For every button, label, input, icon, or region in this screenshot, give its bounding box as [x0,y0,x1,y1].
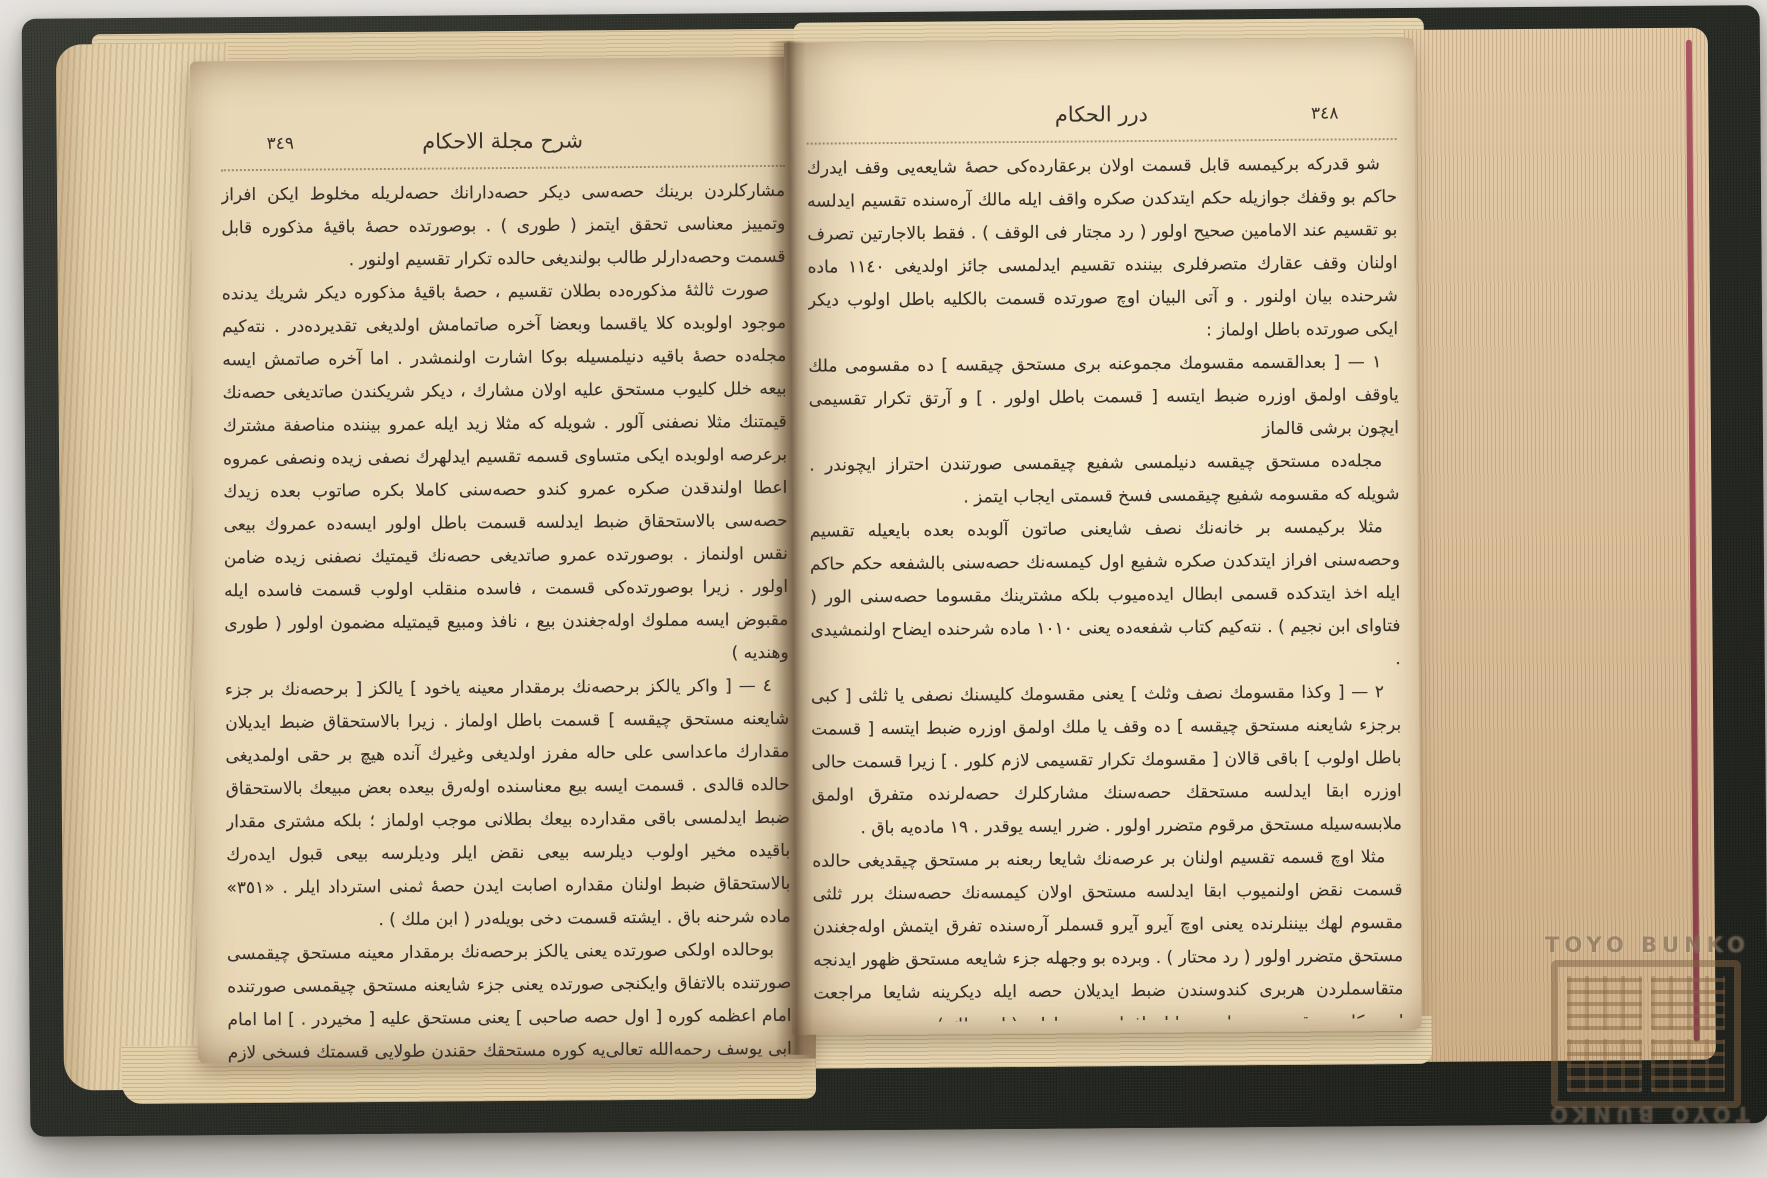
right-page-header: ٣٤٨ درر الحكام [806,100,1396,141]
paragraph: شو قدركه بركيمسه قابل قسمت اولان برعقارد… [807,148,1399,351]
right-page-number: ٣٤٨ [1311,104,1339,124]
right-page-text: شو قدركه بركيمسه قابل قسمت اولان برعقارد… [807,148,1404,1023]
paragraph: مجله‌ده مستحق چيقسه دنيلمسى شفيع چيقمسى … [809,445,1400,516]
paragraph: مثلا اوچ قسمه تقسيم اولنان بر عرصه‌نك شا… [812,841,1403,1023]
paragraph: ٤ — [ واكر يالكز برحصه‌نك برمقدار معينه … [225,670,791,938]
paragraph: صورت ثالثهٔ مذكوره‌ده بطلان تقسيم ، حصهٔ… [222,274,789,674]
left-page-inner: ٣٤٩ شرح مجلة الاحكام مشاركلردن برينك حصه… [190,57,816,1064]
left-page-text: مشاركلردن برينك حصه‌سى ديكر حصه‌دارانك ح… [221,175,792,1063]
photo-background: ٣٤٩ شرح مجلة الاحكام مشاركلردن برينك حصه… [0,0,1767,1178]
left-page: ٣٤٩ شرح مجلة الاحكام مشاركلردن برينك حصه… [190,57,816,1064]
right-page-header-title: درر الحكام [806,100,1396,129]
right-page-inner: ٣٤٨ درر الحكام شو قدركه بركيمسه قابل قسم… [784,38,1422,1035]
book: ٣٤٩ شرح مجلة الاحكام مشاركلردن برينك حصه… [22,5,1767,1137]
left-page-header-title: شرح مجلة الاحكام [221,127,785,155]
left-page-number: ٣٤٩ [267,134,295,154]
paragraph: مشاركلردن برينك حصه‌سى ديكر حصه‌دارانك ح… [221,175,786,278]
paragraph: ١ — [ بعدالقسمه مقسومك مجموعنه برى مستحق… [808,346,1399,450]
paragraph: مثلا بركيمسه بر خانه‌نك نصف شايعنى صاتون… [810,511,1401,681]
book-gutter [768,41,814,1055]
left-page-header: ٣٤٩ شرح مجلة الاحكام [221,127,785,167]
page-edges-fore-edge [1404,28,1716,1062]
right-page: ٣٤٨ درر الحكام شو قدركه بركيمسه قابل قسم… [784,38,1422,1035]
paragraph: بوحالده اولكى صورتده يعنى يالكز برحصه‌نك… [227,934,792,1063]
paragraph: ٢ — [ وكذا مقسومك نصف وثلث ] يعنى مقسومك… [811,676,1402,846]
